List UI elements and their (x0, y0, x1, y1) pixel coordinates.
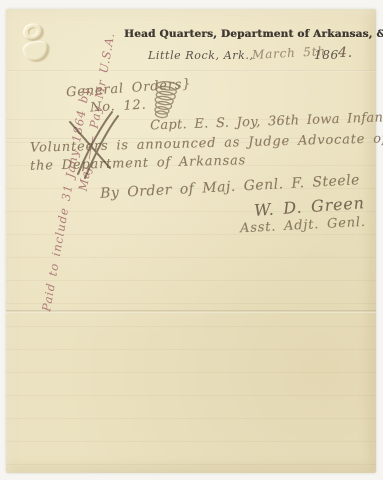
dateline-year-handwritten: 4. (338, 45, 353, 61)
dateline-place: Little Rock, Ark., (148, 49, 254, 62)
embossed-seal-icon (14, 18, 57, 71)
fold-crease-top (6, 70, 376, 72)
order-body-line: the Department of Arkansas (30, 153, 246, 174)
letterhead-title: Head Quarters, Department of Arkansas, &… (124, 28, 360, 40)
seal-shield (22, 39, 51, 63)
scanned-document-paper: Head Quarters, Department of Arkansas, &… (6, 9, 376, 473)
dateline-year-printed: 186 (314, 48, 339, 62)
